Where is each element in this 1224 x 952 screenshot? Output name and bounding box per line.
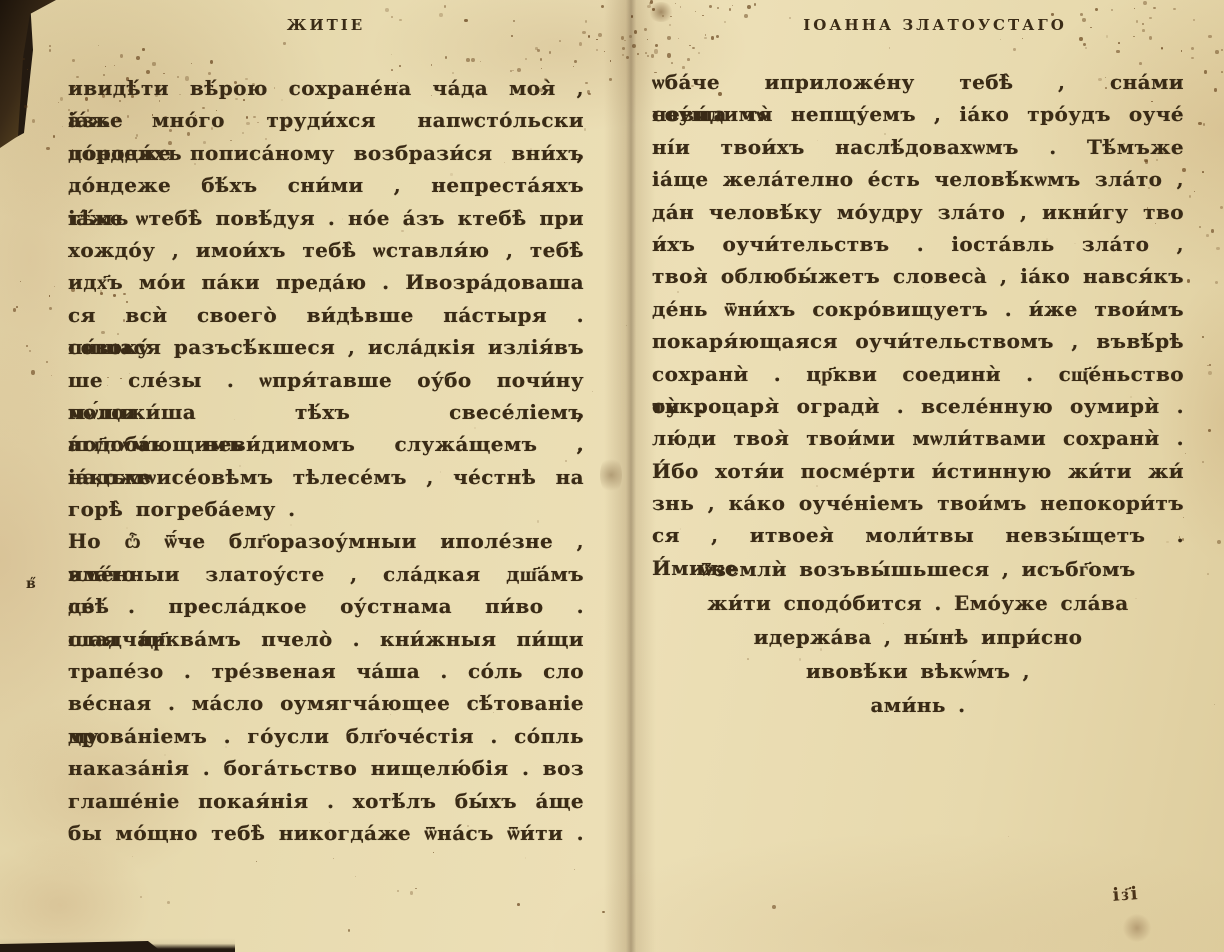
text-line: бы мо́щно тебѣ̀ никогда́же ѿна́съ ѿи́ти … — [68, 817, 584, 849]
right-page-colophon-text: ѿземлѝ возъвы́шьшеся , исъбг҃омъжи́ти сп… — [652, 552, 1184, 722]
page-gutter-shadow — [604, 0, 656, 952]
text-line: покаря́ющаяся оучи́тельствомъ , въвѣ́рѣ — [652, 325, 1184, 357]
text-line: да́н человѣ́ку мо́удру зла́то , икни́гу … — [652, 196, 1184, 228]
text-line: глаше́ніе покая́нія . хотѣ́лъ бы́хъ а́ще — [68, 785, 584, 817]
text-line: идх҃ъ мо́и па́ки преда́ю . Ивозра́доваша — [68, 266, 584, 298]
running-header-right: ІОАННА ЗЛАТОУСТАГО — [652, 16, 1184, 34]
text-line: име́нныи златоу́сте , сла́дкая дш҃а́мъ с… — [68, 558, 584, 590]
text-line: до́ндеже пописа́ному возбрази́ся вни́хъ … — [68, 137, 584, 169]
text-line: хождо́у , имои́хъ тебѣ̀ ѡставля́ю , тебѣ… — [68, 234, 584, 266]
scan-bottom-edge — [0, 938, 235, 952]
text-line: жи́ти сподо́бится . Емо́уже сла́ва — [652, 586, 1184, 620]
folio-number: із҃і — [1093, 882, 1158, 907]
text-line: горѣ̀ погреба́ему . — [68, 493, 584, 525]
text-line: а́зъ мно́го труди́хся напѡсто́льски поро… — [68, 104, 584, 136]
text-line: до́ндеже бѣ́хъ сни́ми , непреста́яхъ тѣ́… — [68, 169, 584, 201]
text-line: ивовѣ́ки вѣкѡ́мъ , — [652, 654, 1184, 688]
text-line: надъмѡисе́овѣмъ тѣлесе́мъ , че́стнѣ на — [68, 461, 584, 493]
text-line: дрова́ніемъ . го́усли блг҃оче́стія . со́… — [68, 720, 584, 752]
text-line: іа́ще жела́телно е́сть человѣ́кѡмъ зла́т… — [652, 163, 1184, 195]
text-line: знь , ка́ко оуче́ніемъ твои́мъ непокори́… — [652, 487, 1184, 519]
text-line: шая цр҃ква́мъ пчело̀ . кни́жныя пи́щи — [68, 623, 584, 655]
text-line: а́гг҃лѡмъ неви́димомъ служа́щемъ , іа́ко… — [68, 428, 584, 460]
text-line: И́бо хотя́и посме́рти и́стинную жи́ти жи… — [652, 455, 1184, 487]
text-line: ами́нь . — [652, 688, 1184, 722]
stain-spot — [1122, 914, 1152, 942]
text-line: идержа́ва , ны́нѣ ипри́сно — [652, 620, 1184, 654]
text-line: трапе́зо . тре́звеная ча́ша . со́ль сло — [68, 655, 584, 687]
left-page-text: ивидѣ́ти вѣ́рою сохране́на ча́да моя̀ , … — [68, 72, 584, 849]
text-line: лю́ди твоя̀ твои́ми мѡли́твами сохранѝ . — [652, 422, 1184, 454]
text-line: ве́сная . ма́сло оумягча́ющее сѣ́тованіе… — [68, 687, 584, 719]
text-line: и́хъ оучи́тельствъ . іоста́вль зла́то , — [652, 228, 1184, 260]
running-header-left: ЖИТІЕ — [68, 16, 584, 34]
text-line: наказа́нія . бога́тьство нищелю́бія . во… — [68, 752, 584, 784]
text-line: іа́же ѡтебѣ̀ повѣ́дуя . но́е а́зъ ктебѣ̀… — [68, 202, 584, 234]
text-line: ся всѝ своего̀ ви́дѣвше па́стыря . совок… — [68, 299, 584, 331]
text-line: ѡба́че иприложе́ну тебѣ̀ , сна́ми неви́д… — [652, 66, 1184, 98]
text-line: пи́шася разъсѣ́кшеся , исла́дкія излія́в… — [68, 331, 584, 363]
text-line: ше сле́зы . ѡпря́тавше оу́бо почи́ну мѡ́… — [68, 364, 584, 396]
text-line: Но ѽ ѿ́че блг҃оразоу́мныи иполе́зне , зл… — [68, 525, 584, 557]
text-line: ся , итвоея̀ моли́твы невзы́щетъ . И́миж… — [652, 519, 1184, 551]
text-line: твоя̀ облюбы́жетъ словеса̀ , іа́ко нався… — [652, 260, 1184, 292]
text-line: сохранѝ . цр҃кви соединѝ . сщ҃е́ньство о… — [652, 358, 1184, 390]
text-line: соу́ща тя̀ непщу́емъ , іа́ко тро́удъ оуч… — [652, 98, 1184, 130]
text-line: ні́и твои́хъ наслѣ́довахѡмъ . Тѣ́мъже — [652, 131, 1184, 163]
right-page-text: ѡба́че иприложе́ну тебѣ̀ , сна́ми неви́д… — [652, 66, 1184, 552]
quire-signature-note: в̋ — [26, 576, 36, 592]
text-line: ѿземлѝ возъвы́шьшеся , исъбг҃омъ — [652, 552, 1184, 586]
text-line: де́ . пресла́дкое оу́стнама пи́во . слад… — [68, 590, 584, 622]
text-line: ивидѣ́ти вѣ́рою сохране́на ча́да моя̀ , … — [68, 72, 584, 104]
text-line: де́нь ѿни́хъ сокро́вищуетъ . и́же твои́м… — [652, 293, 1184, 325]
text-line: тѝ . царя̀ оградѝ . вселе́нную оумирѝ . — [652, 390, 1184, 422]
text-line: положи́ша тѣ́хъ свесе́ліемъ подоба́ющимъ… — [68, 396, 584, 428]
